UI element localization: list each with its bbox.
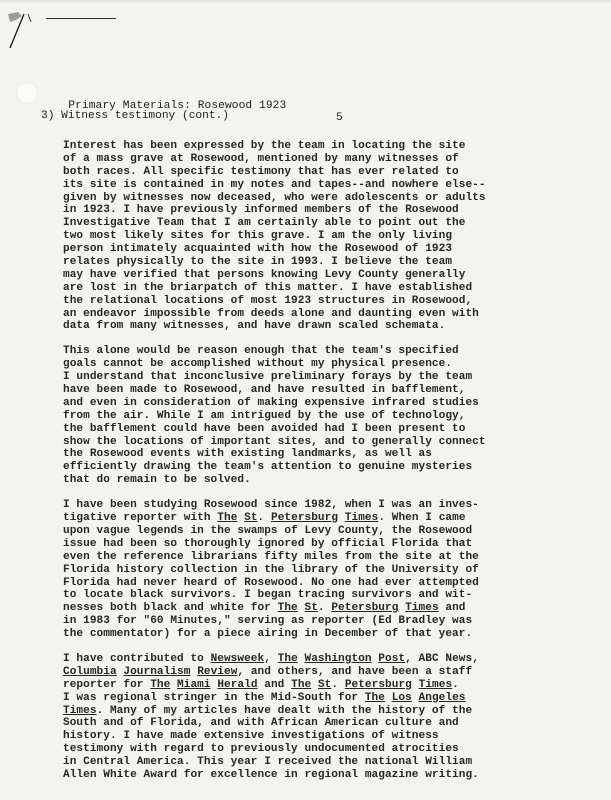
text-line: may have verified that persons knowing L… (63, 269, 603, 282)
text-line: from the air. While I am intrigued by th… (63, 410, 603, 423)
text-line: in 1983 for "60 Minutes," serving as rep… (63, 615, 603, 628)
publication-title: The (217, 512, 237, 524)
text-line: Florida had never heard of Rosewood. No … (63, 577, 603, 590)
text-line: Florida history collection in the librar… (63, 564, 603, 577)
publication-title: St (244, 512, 257, 524)
text-line: that do remain to be solved. (63, 474, 603, 487)
body-text: Interest has been expressed by the team … (63, 140, 603, 794)
text-line: Interest has been expressed by the team … (63, 140, 603, 153)
publication-title: St (318, 679, 331, 691)
text-line: two most likely sites for this grave. I … (63, 230, 603, 243)
text-line: Times. Many of my articles have dealt wi… (63, 705, 603, 718)
text-line: This alone would be reason enough that t… (63, 345, 603, 358)
text-line: show the locations of important sites, a… (63, 436, 603, 449)
publication-title: Petersburg (345, 679, 412, 691)
publication-title: Los (392, 692, 412, 704)
text-line: efficiently drawing the team's attention… (63, 461, 603, 474)
text-line: tigative reporter with The St. Petersbur… (63, 512, 603, 525)
publication-title: Miami (177, 679, 211, 691)
publication-title: Review (197, 666, 237, 678)
publication-title: The (291, 679, 311, 691)
scan-corner-mark-icon (6, 10, 34, 50)
text-line: upon vague legends in the swamps of Levy… (63, 525, 603, 538)
text-line: Allen White Award for excellence in regi… (63, 769, 603, 782)
publication-title: St (304, 602, 317, 614)
document-page: Primary Materials: Rosewood 1923 5 3) Wi… (0, 0, 611, 800)
text-line: Columbia Journalism Review, and others, … (63, 666, 603, 679)
text-line: and even in consideration of making expe… (63, 397, 603, 410)
text-line: person intimately acquainted with how th… (63, 243, 603, 256)
publication-title: Times (345, 512, 379, 524)
text-line: South and of Florida, and with African A… (63, 717, 603, 730)
text-line: its site is contained in my notes and ta… (63, 179, 603, 192)
publication-title: Petersburg (271, 512, 338, 524)
publication-title: Post (378, 653, 405, 665)
publication-title: Newsweek (211, 653, 265, 665)
publication-title: The (150, 679, 170, 691)
text-line: reporter for The Miami Herald and The St… (63, 679, 603, 692)
publication-title: Journalism (123, 666, 190, 678)
text-line: even the reference librarians fifty mile… (63, 551, 603, 564)
publication-title: Times (63, 705, 97, 717)
text-line: both races. All specific testimony that … (63, 166, 603, 179)
text-line: goals cannot be accomplished without my … (63, 358, 603, 371)
scan-top-edge (0, 0, 611, 4)
text-line: issue had been so thoroughly ignored by … (63, 538, 603, 551)
publication-title: Times (419, 679, 453, 691)
text-line: data from many witnesses, and have drawn… (63, 320, 603, 333)
paragraph-studying-rosewood: I have been studying Rosewood since 1982… (63, 499, 603, 641)
punch-hole (16, 82, 38, 104)
paragraph-mass-grave: Interest has been expressed by the team … (63, 140, 603, 333)
text-line: I understand that inconclusive prelimina… (63, 371, 603, 384)
text-line: relates physically to the site in 1993. … (63, 256, 603, 269)
publication-title: The (365, 692, 385, 704)
paragraph-physical-presence: This alone would be reason enough that t… (63, 345, 603, 487)
text-line: to locate black survivors. I began traci… (63, 589, 603, 602)
publication-title: Herald (217, 679, 257, 691)
text-line: the bafflement could have been avoided h… (63, 423, 603, 436)
page-number: 5 (336, 112, 343, 124)
text-line: the relational locations of most 1923 st… (63, 295, 603, 308)
text-line: in 1923. I have previously informed memb… (63, 204, 603, 217)
text-line: given by witnesses now deceased, who wer… (63, 192, 603, 205)
text-line: I was regional stringer in the Mid-South… (63, 692, 603, 705)
text-line: history. I have made extensive investiga… (63, 730, 603, 743)
text-line: I have contributed to Newsweek, The Wash… (63, 653, 603, 666)
text-line: the Rosewood events with existing landma… (63, 448, 603, 461)
text-line: in Central America. This year I received… (63, 756, 603, 769)
publication-title: Washington (305, 653, 372, 665)
publication-title: Angeles (419, 692, 466, 704)
text-line: of a mass grave at Rosewood, mentioned b… (63, 153, 603, 166)
paragraph-credentials: I have contributed to Newsweek, The Wash… (63, 653, 603, 782)
scan-top-dash (46, 18, 116, 19)
publication-title: Columbia (63, 666, 117, 678)
text-line: are lost in the briarpatch of this matte… (63, 282, 603, 295)
section-heading: 3) Witness testimony (cont.) (41, 110, 229, 122)
text-line: Investigative Team that I am certainly a… (63, 217, 603, 230)
publication-title: The (278, 653, 298, 665)
text-line: the commentator) for a piece airing in D… (63, 628, 603, 641)
publication-title: The (278, 602, 298, 614)
publication-title: Petersburg (331, 602, 398, 614)
text-line: have been made to Rosewood, and have res… (63, 384, 603, 397)
text-line: nesses both black and white for The St. … (63, 602, 603, 615)
text-line: testimony with regard to previously undo… (63, 743, 603, 756)
text-line: an endeavor impossible from deeds alone … (63, 308, 603, 321)
publication-title: Times (405, 602, 439, 614)
text-line: I have been studying Rosewood since 1982… (63, 499, 603, 512)
